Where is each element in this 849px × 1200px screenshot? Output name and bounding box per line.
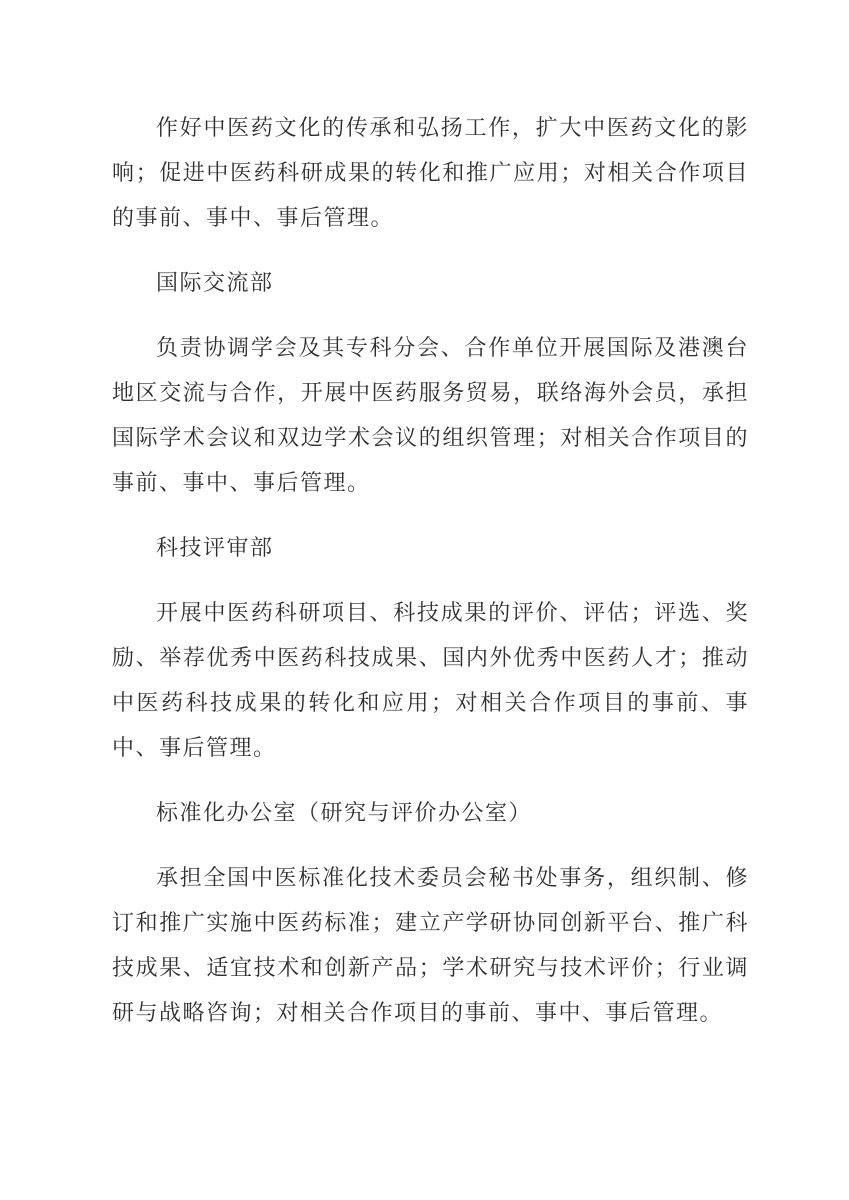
paragraph-standardization-office-duties: 承担全国中医标准化技术委员会秘书处事务，组织制、修订和推广实施中医药标准；建立产…	[112, 856, 749, 1036]
heading-standardization-office: 标准化办公室（研究与评价办公室）	[112, 791, 749, 836]
paragraph-culture-promotion-duties: 作好中医药文化的传承和弘扬工作，扩大中医药文化的影响；促进中医药科研成果的转化和…	[112, 106, 749, 241]
paragraph-sci-tech-review-duties: 开展中医药科研项目、科技成果的评价、评估；评选、奖励、举荐优秀中医药科技成果、国…	[112, 591, 749, 771]
heading-international-exchange-dept: 国际交流部	[112, 261, 749, 306]
paragraph-international-exchange-duties: 负责协调学会及其专科分会、合作单位开展国际及港澳台地区交流与合作，开展中医药服务…	[112, 326, 749, 506]
document-page: 作好中医药文化的传承和弘扬工作，扩大中医药文化的影响；促进中医药科研成果的转化和…	[0, 0, 849, 1200]
heading-sci-tech-review-dept: 科技评审部	[112, 526, 749, 571]
